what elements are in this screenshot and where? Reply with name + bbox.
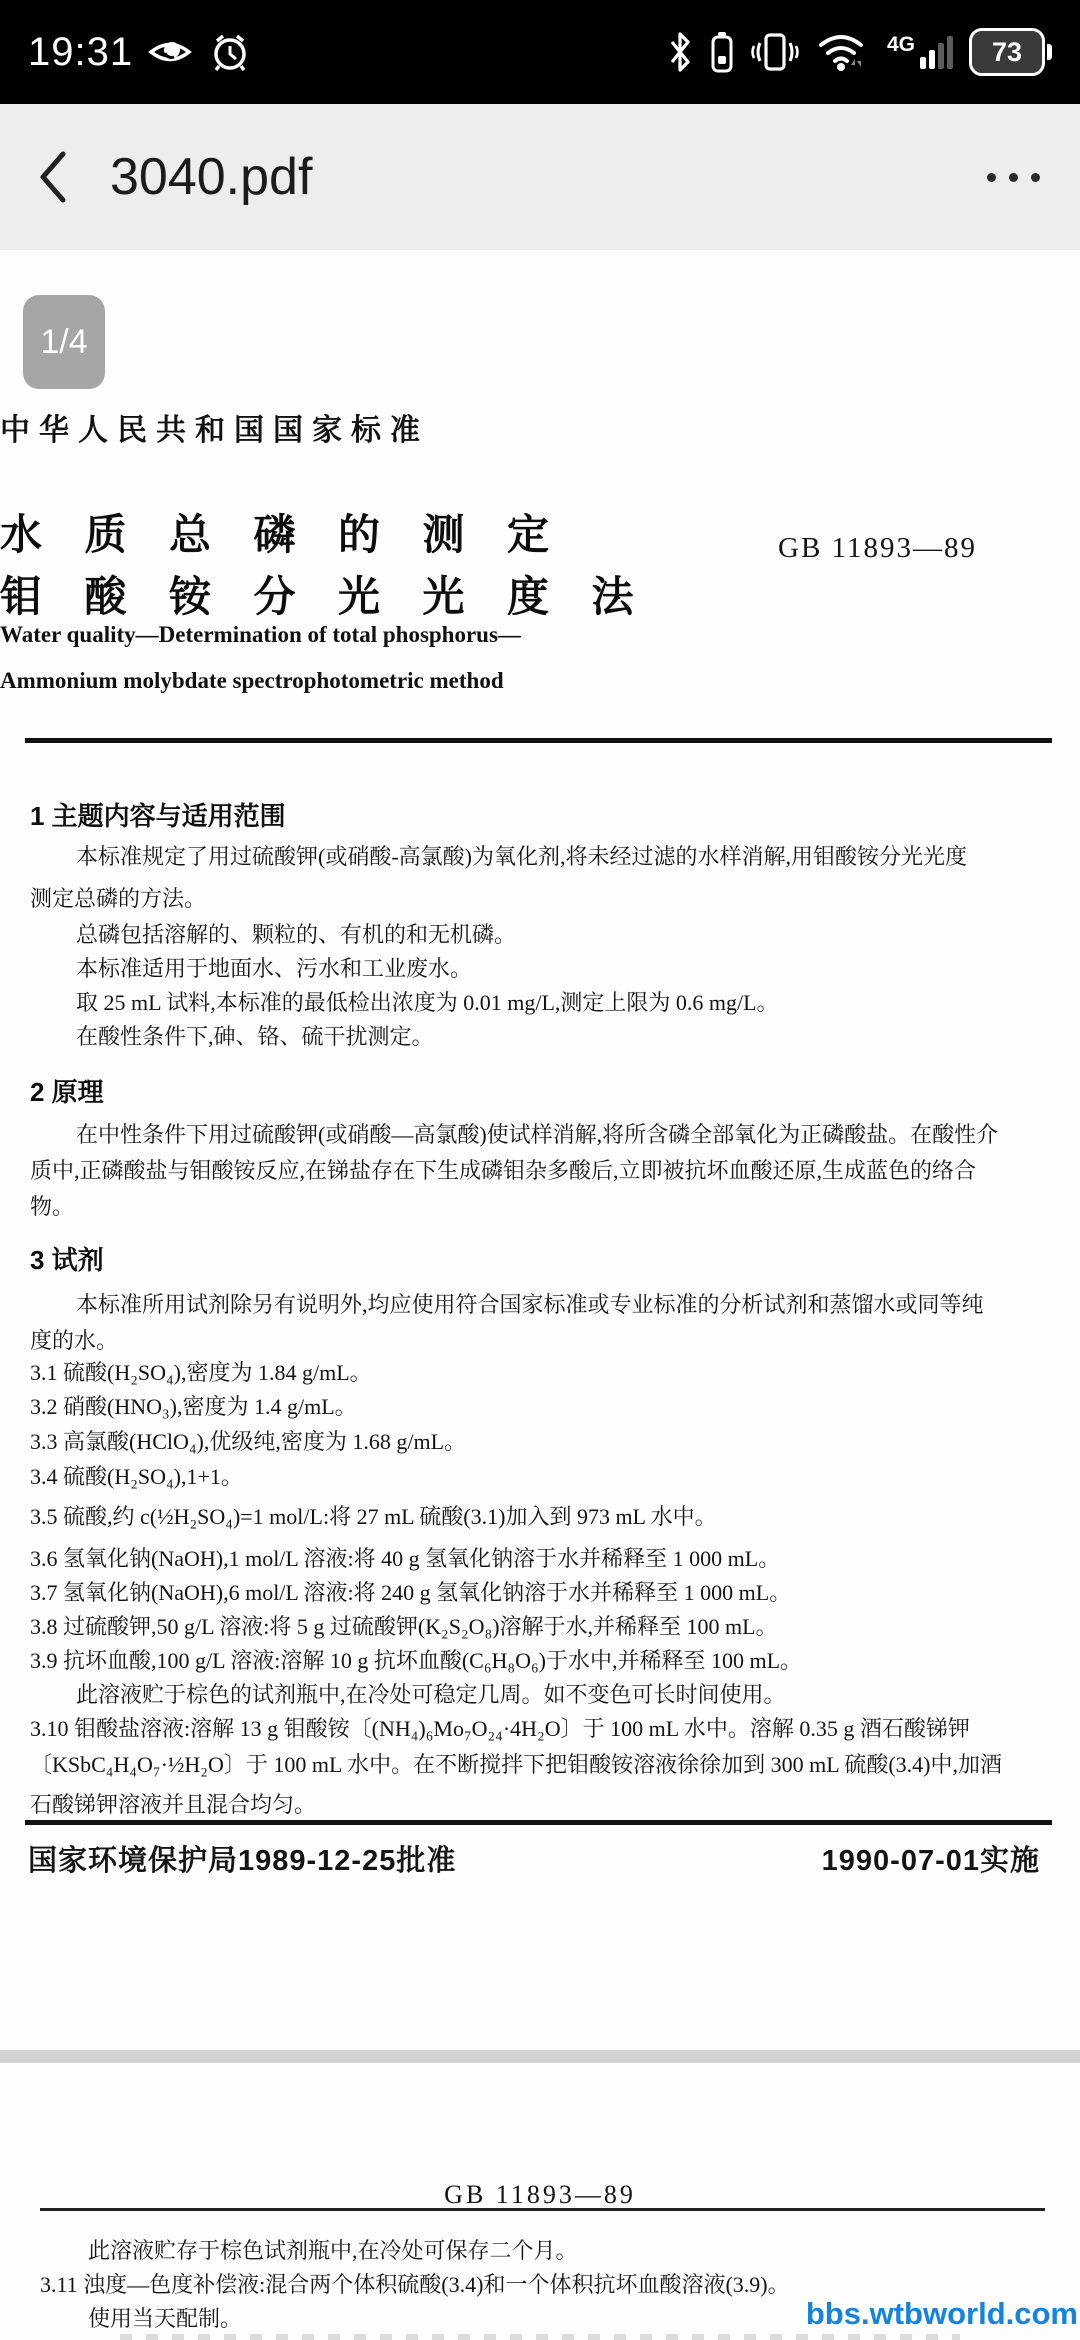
page2-standard-code: GB 11893—89 xyxy=(0,2180,1080,2210)
vibrate-icon xyxy=(751,29,799,75)
body-line: 此溶液贮存于棕色试剂瓶中,在冷处可保存二个月。 xyxy=(88,2236,578,2266)
standard-code: GB 11893—89 xyxy=(778,532,977,565)
standard-title-cn-line2: 钼 酸 铵 分 光 光 度 法 xyxy=(0,564,816,624)
reagent-item: 3.2 硝酸(HNO₃),密度为 1.4 g/mL。 xyxy=(30,1392,357,1422)
phone-screen: 19:31 xyxy=(0,0,1080,2340)
battery-percent: 73 xyxy=(992,37,1022,68)
section-2-heading: 2 原理 xyxy=(30,1072,104,1109)
battery-icon: 73 xyxy=(969,28,1052,76)
body-line: 使用当天配制。 xyxy=(88,2304,242,2334)
page-separator xyxy=(0,2050,1080,2063)
standard-title-cn-line1: 水 质 总 磷 的 测 定 xyxy=(0,502,816,562)
section-3-heading: 3 试剂 xyxy=(30,1240,104,1277)
pdf-scroll-area[interactable]: 1/4 中华人民共和国国家标准 水 质 总 磷 的 测 定 钼 酸 铵 分 光 … xyxy=(0,250,1080,2340)
approval-right: 1990-07-01实施 xyxy=(822,1838,1040,1879)
reagent-item: 3.7 氢氧化钠(NaOH),6 mol/L 溶液:将 240 g 氢氧化钠溶于… xyxy=(30,1578,791,1608)
back-button[interactable] xyxy=(36,148,70,206)
reagent-item: 3.8 过硫酸钾,50 g/L 溶液:将 5 g 过硫酸钾(K₂S₂O₈)溶解于… xyxy=(30,1612,778,1642)
footer-rule xyxy=(25,1820,1052,1825)
reagent-item: 3.9 抗坏血酸,100 g/L 溶液:溶解 10 g 抗坏血酸(C₆H₈O₆)… xyxy=(30,1646,802,1676)
clock-time: 19:31 xyxy=(28,30,133,75)
reagent-item: 3.1 硫酸(H₂SO₄),密度为 1.84 g/mL。 xyxy=(30,1358,372,1388)
more-options-button[interactable] xyxy=(983,163,1044,192)
eye-protection-icon xyxy=(147,29,193,75)
document-title: 3040.pdf xyxy=(110,147,983,207)
pdf-page-1: 中华人民共和国国家标准 水 质 总 磷 的 测 定 钼 酸 铵 分 光 光 度 … xyxy=(0,250,1080,2340)
signal-icon: 4G xyxy=(887,36,953,69)
reagent-item: 3.6 氢氧化钠(NaOH),1 mol/L 溶液:将 40 g 氢氧化钠溶于水… xyxy=(30,1544,780,1574)
bluetooth-icon xyxy=(667,30,693,74)
heading-rule xyxy=(25,738,1052,743)
body-line: 度的水。 xyxy=(30,1326,118,1356)
body-line: 质中,正磷酸盐与钼酸铵反应,在锑盐存在下生成磷钼杂多酸后,立即被抗坏血酸还原,生… xyxy=(30,1156,976,1186)
body-line: 本标准规定了用过硫酸钾(或硝酸-高氯酸)为氧化剂,将未经过滤的水样消解,用钼酸铵… xyxy=(76,842,967,872)
page2-header-rule xyxy=(40,2208,1045,2211)
wifi-icon xyxy=(815,29,871,75)
body-line: 取 25 mL 试料,本标准的最低检出浓度为 0.01 mg/L,测定上限为 0… xyxy=(76,988,779,1018)
reagent-item: 3.11 浊度—色度补偿液:混合两个体积硫酸(3.4)和一个体积抗坏血酸溶液(3… xyxy=(40,2270,790,2300)
body-line: 本标准适用于地面水、污水和工业废水。 xyxy=(76,954,472,984)
approval-left: 国家环境保护局1989-12-25批准 xyxy=(28,1838,456,1879)
cutoff-text-remnant xyxy=(120,2334,960,2340)
reagent-item: 3.3 高氯酸(HClO₄),优级纯,密度为 1.68 g/mL。 xyxy=(30,1427,466,1457)
reagent-note: 此溶液贮于棕色的试剂瓶中,在冷处可稳定几周。如不变色可长时间使用。 xyxy=(76,1680,786,1710)
accessory-battery-icon xyxy=(709,29,735,75)
network-type-label: 4G xyxy=(887,33,915,57)
reagent-item: 石酸锑钾溶液并且混合均匀。 xyxy=(30,1790,316,1820)
body-line: 总磷包括溶解的、颗粒的、有机的和无机磷。 xyxy=(76,920,516,950)
body-line: 在中性条件下用过硫酸钾(或硝酸—高氯酸)使试样消解,将所含磷全部氧化为正磷酸盐。… xyxy=(76,1120,998,1150)
watermark-text: bbs.wtbworld.com xyxy=(806,2296,1078,2332)
reagent-item: 3.4 硫酸(H₂SO₄),1+1。 xyxy=(30,1462,243,1492)
standard-title-en-line2: Ammonium molybdate spectrophotometric me… xyxy=(0,668,816,694)
body-line: 测定总磷的方法。 xyxy=(30,884,206,914)
status-bar: 19:31 xyxy=(0,0,1080,104)
app-header: 3040.pdf xyxy=(0,104,1080,250)
reagent-item: 〔KSbC₄H₄O₇·½H₂O〕于 100 mL 水中。在不断搅拌下把钼酸铵溶液… xyxy=(30,1750,1002,1780)
reagent-item: 3.5 硫酸,约 c(½H₂SO₄)=1 mol/L:将 27 mL 硫酸(3.… xyxy=(30,1502,717,1532)
section-1-heading: 1 主题内容与适用范围 xyxy=(30,796,286,833)
body-line: 物。 xyxy=(30,1192,74,1222)
body-line: 在酸性条件下,砷、铬、硫干扰测定。 xyxy=(76,1022,434,1052)
body-line: 本标准所用试剂除另有说明外,均应使用符合国家标准或专业标准的分析试剂和蒸馏水或同… xyxy=(76,1290,984,1320)
standard-kicker: 中华人民共和国国家标准 xyxy=(0,405,816,449)
alarm-clock-icon xyxy=(207,29,253,75)
standard-title-en-line1: Water quality—Determination of total pho… xyxy=(0,622,816,648)
reagent-item: 3.10 钼酸盐溶液:溶解 13 g 钼酸铵〔(NH₄)₆Mo₇O₂₄·4H₂O… xyxy=(30,1714,970,1744)
